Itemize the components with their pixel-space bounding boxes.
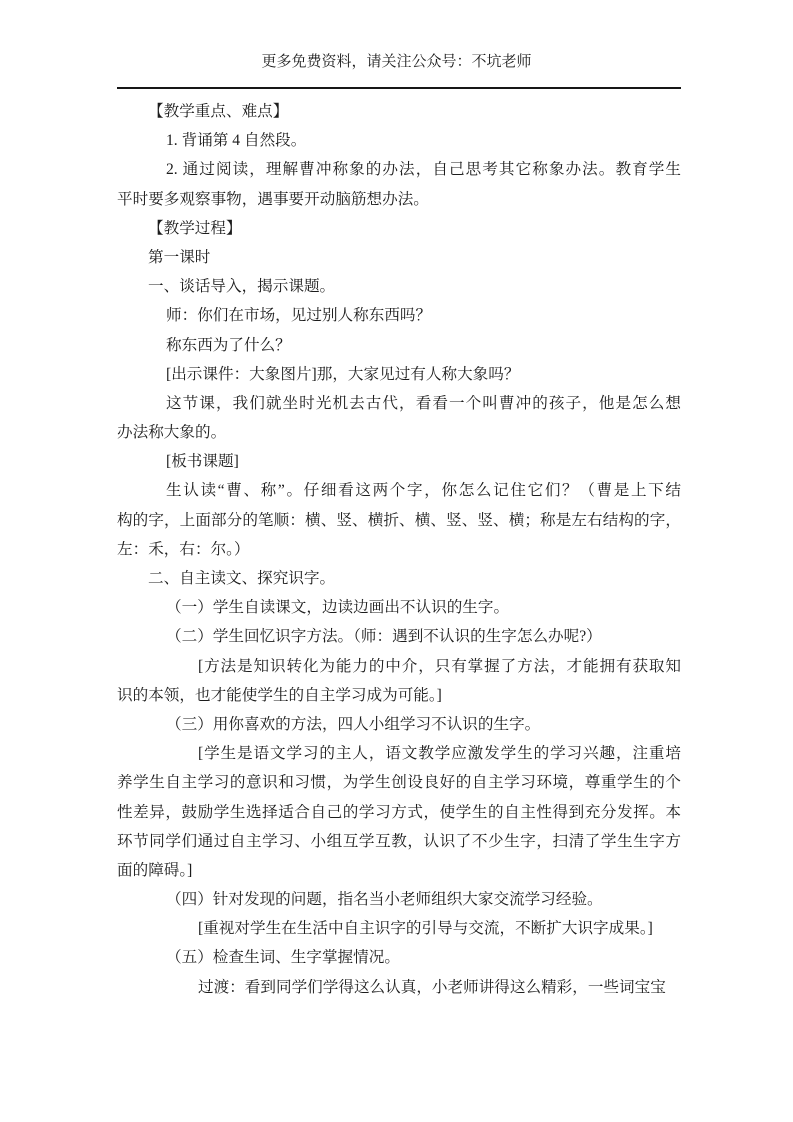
text-line: （四）针对发现的问题，指名当小老师组织大家交流学习经验。 xyxy=(117,885,681,914)
text-line: 性差异，鼓励学生选择适合自己的学习方式，使学生的自主性得到充分发挥。本 xyxy=(117,798,681,827)
text-line: （二）学生回忆识字方法。（师：遇到不认识的生字怎么办呢?） xyxy=(117,622,681,651)
text-line: [方法是知识转化为能力的中介，只有掌握了方法，才能拥有获取知 xyxy=(117,652,681,681)
text-line: 一、谈话导入，揭示课题。 xyxy=(117,272,681,301)
text-line: [出示课件：大象图片]那，大家见过有人称大象吗？ xyxy=(117,360,681,389)
text-line: 这节课，我们就坐时光机去古代，看看一个叫曹冲的孩子，他是怎么想 xyxy=(117,389,681,418)
text-line: 【教学过程】 xyxy=(117,214,681,243)
text-line: 办法称大象的。 xyxy=(117,418,681,447)
text-line: 师：你们在市场，见过别人称东西吗？ xyxy=(117,301,681,330)
text-line: [学生是语文学习的主人，语文教学应激发学生的学习兴趣，注重培 xyxy=(117,739,681,768)
text-line: 称东西为了什么？ xyxy=(117,331,681,360)
text-line: 识的本领，也才能使学生的自主学习成为可能。] xyxy=(117,681,681,710)
document-page: 更多免费资料，请关注公众号：不坑老师 【教学重点、难点】1. 背诵第 4 自然段… xyxy=(0,0,793,1122)
document-body: 【教学重点、难点】1. 背诵第 4 自然段。2. 通过阅读，理解曹冲称象的办法，… xyxy=(117,97,681,1002)
text-line: [重视对学生在生活中自主识字的引导与交流，不断扩大识字成果。] xyxy=(117,914,681,943)
text-line: （三）用你喜欢的方法，四人小组学习不认识的生字。 xyxy=(117,710,681,739)
text-line: 第一课时 xyxy=(117,243,681,272)
text-line: 面的障碍。] xyxy=(117,856,681,885)
text-line: 左：禾，右：尔。） xyxy=(117,535,681,564)
header-note: 更多免费资料，请关注公众号：不坑老师 xyxy=(0,52,793,72)
text-line: [板书课题] xyxy=(117,447,681,476)
text-line: （一）学生自读课文，边读边画出不认识的生字。 xyxy=(117,593,681,622)
text-line: 2. 通过阅读，理解曹冲称象的办法，自己思考其它称象办法。教育学生 xyxy=(117,155,681,184)
text-line: （五）检查生词、生字掌握情况。 xyxy=(117,943,681,972)
text-line: 生认读“曹、称”。仔细看这两个字，你怎么记住它们？（曹是上下结 xyxy=(117,476,681,505)
text-line: 养学生自主学习的意识和习惯，为学生创设良好的自主学习环境，尊重学生的个 xyxy=(117,768,681,797)
text-line: 过渡：看到同学们学得这么认真，小老师讲得这么精彩，一些词宝宝 xyxy=(117,973,681,1002)
text-line: 平时要多观察事物，遇事要开动脑筋想办法。 xyxy=(117,185,681,214)
text-line: 构的字，上面部分的笔顺：横、竖、横折、横、竖、竖、横；称是左右结构的字， xyxy=(117,506,681,535)
text-line: 环节同学们通过自主学习、小组互学互教，认识了不少生字，扫清了学生生字方 xyxy=(117,827,681,856)
header-divider xyxy=(117,87,681,89)
text-line: 【教学重点、难点】 xyxy=(117,97,681,126)
text-line: 二、自主读文、探究识字。 xyxy=(117,564,681,593)
text-line: 1. 背诵第 4 自然段。 xyxy=(117,126,681,155)
